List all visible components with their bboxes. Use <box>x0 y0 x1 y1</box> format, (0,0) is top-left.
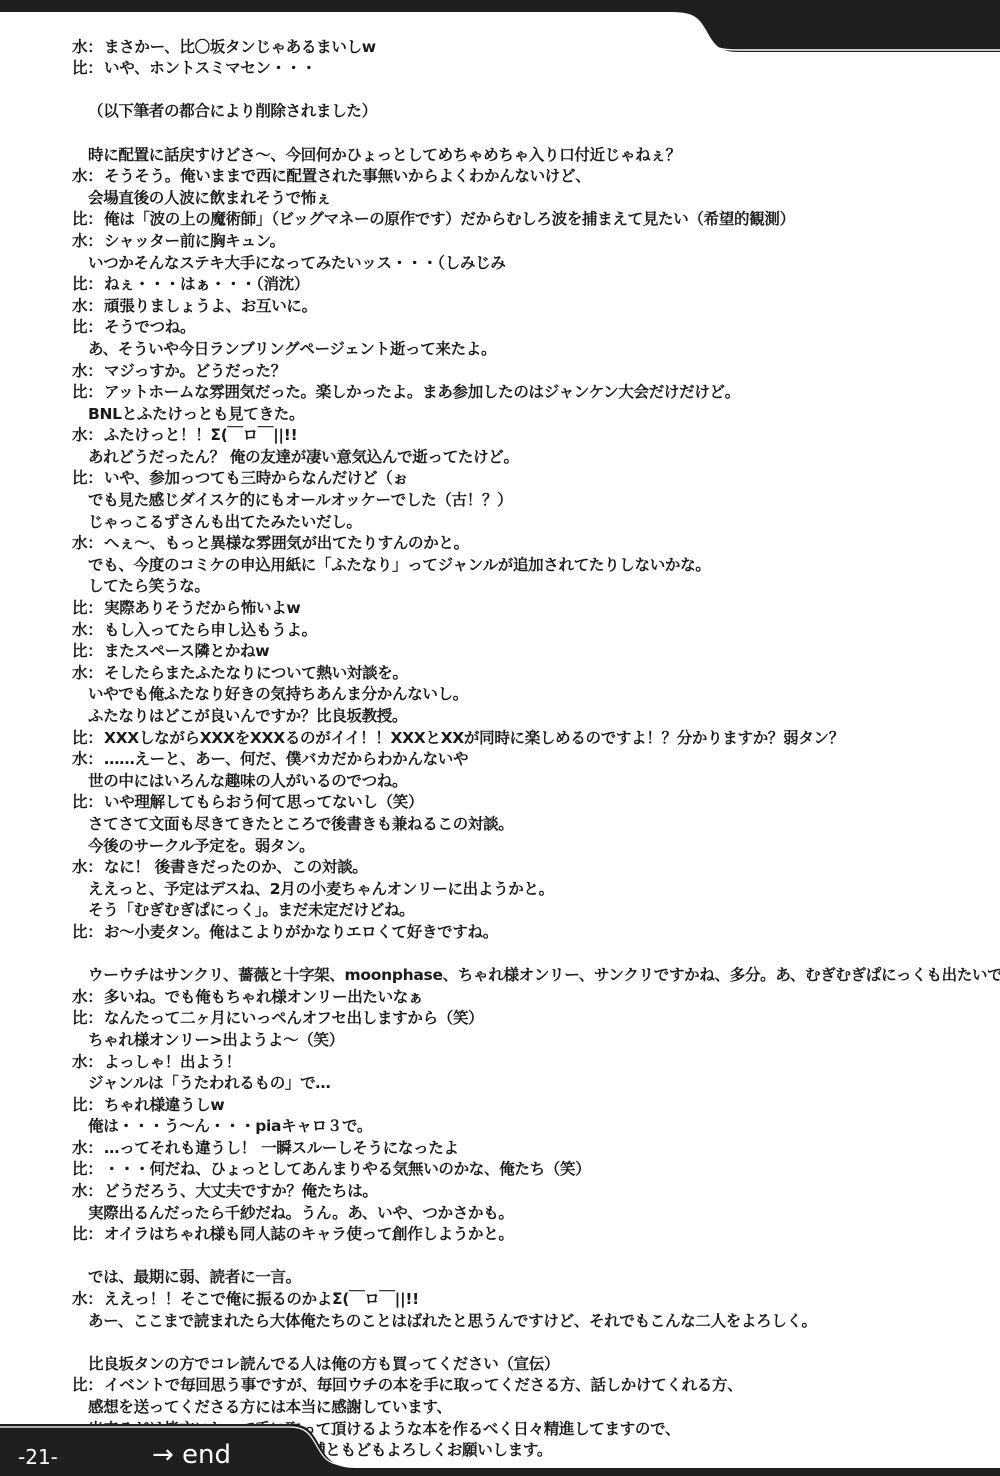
dialogue-text: あ、そういや今日ランブリングページェント逝って来たよ。 <box>88 340 496 358</box>
dialogue-text: でも、今度のコミケの申込用紙に「ふたなり」ってジャンルが追加されてたりしないかな… <box>88 556 711 574</box>
dialogue-text: あれどうだったん？ 俺の友達が凄い意気込んで逝ってたけど。 <box>88 448 519 466</box>
dialogue-text: いや理解してもらおう何て思ってないし（笑） <box>104 793 423 811</box>
speaker-label: 水： <box>72 1052 104 1074</box>
speaker-label: 比： <box>72 1224 104 1246</box>
dialogue-line: ウーウチはサンクリ、薔薇と十字架、moonphase、ちゃれ様オンリー、サンクリ… <box>72 965 992 987</box>
dialogue-line: でも、今度のコミケの申込用紙に「ふたなり」ってジャンルが追加されてたりしないかな… <box>72 555 992 577</box>
dialogue-text: 会場直後の人波に飲まれそうで怖ぇ <box>88 189 331 207</box>
dialogue-text: さてさて文面も尽きてきたところで後書きも兼ねるこの対談。 <box>88 815 513 833</box>
speaker-label: 比： <box>72 317 104 339</box>
dialogue-text: そうでつね。 <box>104 318 195 336</box>
speaker-label: 水： <box>72 231 104 253</box>
dialogue-line: ちゃれ様オンリー>出ようよ～（笑） <box>72 1030 992 1052</box>
dialogue-line: 会場直後の人波に飲まれそうで怖ぇ <box>72 188 992 210</box>
dialogue-line: 水：……えーと、あー、何だ、僕バカだからわかんないや <box>72 749 992 771</box>
dialogue-text: …ってそれも違うし！ 一瞬スルーしそうになったよ <box>104 1139 459 1157</box>
dialogue-line <box>72 80 992 102</box>
dialogue-text: ふたけっと！！Σ(￣ロ￣||!! <box>104 426 297 444</box>
dialogue-text: オイラはちゃれ様も同人誌のキャラ使って創作しようかと。 <box>104 1225 514 1243</box>
dialogue-text: もし入ってたら申し込もうよ。 <box>104 621 317 639</box>
speaker-label: 比： <box>72 58 104 80</box>
dialogue-line: 水：もし入ってたら申し込もうよ。 <box>72 620 992 642</box>
dialogue-line: でも見た感じダイスケ的にもオールオッケーでした（古！？） <box>72 490 992 512</box>
dialogue-line: 比：いや、参加っつても三時からなんだけど（ぉ <box>72 468 992 490</box>
dialogue-text: 俺は「波の上の魔術師」（ビッグマネーの原作です）だからむしろ波を捕まえて見たい（… <box>104 210 795 228</box>
speaker-label: 比： <box>72 382 104 404</box>
dialogue-line: 水：よっしゃ！出よう！ <box>72 1052 992 1074</box>
dialogue-line: 水：そしたらまたふたなりについて熱い対談を。 <box>72 663 992 685</box>
speaker-label: 水： <box>72 361 104 383</box>
dialogue-line: 比：お～小麦タン。俺はこよりがかなりエロくて好きですね。 <box>72 922 992 944</box>
dialogue-line: 比：いや理解してもらおう何て思ってないし（笑） <box>72 792 992 814</box>
dialogue-line: あれどうだったん？ 俺の友達が凄い意気込んで逝ってたけど。 <box>72 447 992 469</box>
speaker-label: 比： <box>72 1008 104 1030</box>
dialogue-line: 実際出るんだったら千紗だね。うん。あ、いや、つかさかも。 <box>72 1203 992 1225</box>
dialogue-line: 時に配置に話戻すけどさ～、今回何かひょっとしてめちゃめちゃ入り口付近じゃねぇ？ <box>72 145 992 167</box>
dialogue-line: いつかそんなステキ大手になってみたいッス・・・（しみじみ <box>72 253 992 275</box>
dialogue-line: 比：ねぇ・・・はぁ・・・（消沈） <box>72 274 992 296</box>
dialogue-text: またスペース隣とかねw <box>104 642 269 660</box>
dialogue-line: 比：アットホームな雰囲気だった。楽しかったよ。まあ参加したのはジャンケン大会だけ… <box>72 382 992 404</box>
speaker-label: 水： <box>72 296 104 318</box>
dialogue-line: ええっと、予定はデスね、2月の小麦ちゃんオンリーに出ようかと。 <box>72 879 992 901</box>
footer-decoration <box>0 1420 1000 1476</box>
dialogue-line: 水：まさかー、比〇坂タンじゃあるまいしw <box>72 37 992 59</box>
dialogue-line: いやでも俺ふたなり好きの気持ちあんま分かんないし。 <box>72 684 992 706</box>
dialogue-text: （以下筆者の都合により削除されました） <box>88 102 377 120</box>
dialogue-line: してたら笑うな。 <box>72 576 992 598</box>
dialogue-text: BNLとふたけっとも見てきた。 <box>88 405 304 423</box>
speaker-label: 比： <box>72 468 104 490</box>
dialogue-line: 比：イベントで毎回思う事ですが、毎回ウチの本を手に取ってくださる方、話しかけてく… <box>72 1375 992 1397</box>
dialogue-text: いやでも俺ふたなり好きの気持ちあんま分かんないし。 <box>88 685 468 703</box>
dialogue-line: 水：なに！ 後書きだったのか、この対談。 <box>72 857 992 879</box>
dialogue-line: 水：多いね。でも俺もちゃれ様オンリー出たいなぁ <box>72 987 992 1009</box>
dialogue-line <box>72 1332 992 1354</box>
dialogue-line <box>72 1246 992 1268</box>
dialogue-line: 俺は・・・う～ん・・・piaキャロ３で。 <box>72 1116 992 1138</box>
dialogue-text: ちゃれ様オンリー>出ようよ～（笑） <box>88 1031 344 1049</box>
dialogue-text: マジっすか。どうだった？ <box>104 362 286 380</box>
speaker-label: 比： <box>72 1095 104 1117</box>
dialogue-line: 比良坂タンの方でコレ読んでる人は俺の方も買ってください（宣伝） <box>72 1354 992 1376</box>
dialogue-text: なんたって二ヶ月にいっぺんオフセ出しますから（笑） <box>104 1009 483 1027</box>
speaker-label: 比： <box>72 922 104 944</box>
dialogue-line: 水：マジっすか。どうだった？ <box>72 361 992 383</box>
dialogue-line: 水：…ってそれも違うし！ 一瞬スルーしそうになったよ <box>72 1138 992 1160</box>
dialogue-line: 世の中にはいろんな趣味の人がいるのでつね。 <box>72 771 992 793</box>
dialogue-line: （以下筆者の都合により削除されました） <box>72 101 992 123</box>
dialogue-text: 感想を送ってくださる方には本当に感謝しています、 <box>88 1398 452 1416</box>
dialogue-text: よっしゃ！出よう！ <box>104 1053 241 1071</box>
speaker-label: 比： <box>72 1159 104 1181</box>
dialogue-line: 水：シャッター前に胸キュン。 <box>72 231 992 253</box>
dialogue-line: 比：実際ありそうだから怖いよw <box>72 598 992 620</box>
dialogue-text: 俺は・・・う～ん・・・piaキャロ３で。 <box>88 1117 372 1135</box>
speaker-label: 比： <box>72 274 104 296</box>
end-label: → end <box>152 1440 231 1470</box>
dialogue-text: へぇ～、もっと異様な雰囲気が出てたりすんのかと。 <box>104 534 469 552</box>
dialogue-line: 比：そうでつね。 <box>72 317 992 339</box>
dialogue-text: じゃっこるずさんも出てたみたいだし。 <box>88 513 362 531</box>
speaker-label: 水： <box>72 857 104 879</box>
dialogue-text: 世の中にはいろんな趣味の人がいるのでつね。 <box>88 772 407 790</box>
dialogue-line: あー、ここまで読まれたら大体俺たちのことはばれたと思うんですけど、それでもこんな… <box>72 1311 992 1333</box>
dialogue-line: 比：なんたって二ヶ月にいっぺんオフセ出しますから（笑） <box>72 1008 992 1030</box>
dialogue-text: いつかそんなステキ大手になってみたいッス・・・（しみじみ <box>88 254 506 272</box>
dialogue-text: そうそう。俺いままで西に配置された事無いからよくわかんないけど、 <box>104 167 590 185</box>
dialogue-line: そう「むぎむぎぱにっく」。まだ未定だけどね。 <box>72 900 992 922</box>
dialogue-text: してたら笑うな。 <box>88 577 210 595</box>
dialogue-line: 比：俺は「波の上の魔術師」（ビッグマネーの原作です）だからむしろ波を捕まえて見た… <box>72 209 992 231</box>
dialogue-text: あー、ここまで読まれたら大体俺たちのことはばれたと思うんですけど、それでもこんな… <box>88 1312 817 1330</box>
speaker-label: 水： <box>72 166 104 188</box>
dialogue-line: ふたなりはどこが良いんですか？比良坂教授。 <box>72 706 992 728</box>
speaker-label: 比： <box>72 792 104 814</box>
dialogue-line: 水：そうそう。俺いままで西に配置された事無いからよくわかんないけど、 <box>72 166 992 188</box>
speaker-label: 水： <box>72 1181 104 1203</box>
dialogue-text: ジャンルは「うたわれるもの」で… <box>88 1074 331 1092</box>
dialogue-line <box>72 123 992 145</box>
page-number: -21- <box>18 1445 58 1469</box>
speaker-label: 比： <box>72 1375 104 1397</box>
dialogue-line <box>72 944 992 966</box>
dialogue-text: でも見た感じダイスケ的にもオールオッケーでした（古！？） <box>88 491 512 509</box>
dialogue-line: さてさて文面も尽きてきたところで後書きも兼ねるこの対談。 <box>72 814 992 836</box>
dialogue-text: 実際出るんだったら千紗だね。うん。あ、いや、つかさかも。 <box>88 1204 514 1222</box>
dialogue-text: イベントで毎回思う事ですが、毎回ウチの本を手に取ってくださる方、話しかけてくれる… <box>104 1376 742 1394</box>
dialogue-line: 水：どうだろう、大丈夫ですか？俺たちは。 <box>72 1181 992 1203</box>
speaker-label: 水： <box>72 1138 104 1160</box>
dialogue-text: ええっと、予定はデスね、2月の小麦ちゃんオンリーに出ようかと。 <box>88 880 554 898</box>
speaker-label: 水： <box>72 620 104 642</box>
dialogue-text: ・・・何だね、ひょっとしてあんまりやる気無いのかな、俺たち（笑） <box>104 1160 590 1178</box>
dialogue-line: では、最期に弱、読者に一言。 <box>72 1267 992 1289</box>
dialogue-text: ねぇ・・・はぁ・・・（消沈） <box>104 275 309 293</box>
dialogue-line: 比：ちゃれ様違うしw <box>72 1095 992 1117</box>
dialogue-line: 水：ふたけっと！！Σ(￣ロ￣||!! <box>72 425 992 447</box>
speaker-label: 水： <box>72 1289 104 1311</box>
speaker-label: 水： <box>72 749 104 771</box>
dialogue-text: ふたなりはどこが良いんですか？比良坂教授。 <box>88 707 407 725</box>
dialogue-text: ……えーと、あー、何だ、僕バカだからわかんないや <box>104 750 468 768</box>
dialogue-text: シャッター前に胸キュン。 <box>104 232 285 250</box>
speaker-label: 水： <box>72 425 104 447</box>
dialogue-text: お～小麦タン。俺はこよりがかなりエロくて好きですね。 <box>104 923 498 941</box>
dialogue-line: 感想を送ってくださる方には本当に感謝しています、 <box>72 1397 992 1419</box>
speaker-label: 比： <box>72 728 104 750</box>
speaker-label: 水： <box>72 663 104 685</box>
dialogue-line: 比：オイラはちゃれ様も同人誌のキャラ使って創作しようかと。 <box>72 1224 992 1246</box>
speaker-label: 水： <box>72 533 104 555</box>
dialogue-text: アットホームな雰囲気だった。楽しかったよ。まあ参加したのはジャンケン大会だけだけ… <box>104 383 740 401</box>
dialogue-text: ちゃれ様違うしw <box>104 1096 224 1114</box>
dialogue-text: いや、ホントスミマセン・・・ <box>104 59 316 77</box>
speaker-label: 比： <box>72 641 104 663</box>
dialogue-text: 今後のサークル予定を。弱タン。 <box>88 837 314 855</box>
dialogue-text: そう「むぎむぎぱにっく」。まだ未定だけどね。 <box>88 901 414 919</box>
speaker-label: 比： <box>72 598 104 620</box>
interview-transcript: 水：まさかー、比〇坂タンじゃあるまいしw比：いや、ホントスミマセン・・・（以下筆… <box>72 15 992 1462</box>
dialogue-text: なに！ 後書きだったのか、この対談。 <box>104 858 368 876</box>
dialogue-text: では、最期に弱、読者に一言。 <box>88 1268 301 1286</box>
dialogue-line <box>72 15 992 37</box>
dialogue-line: 今後のサークル予定を。弱タン。 <box>72 836 992 858</box>
dialogue-text: どうだろう、大丈夫ですか？俺たちは。 <box>104 1182 378 1200</box>
dialogue-text: ええっ！！そこで俺に振るのかよΣ(￣ロ￣||!! <box>104 1290 419 1308</box>
dialogue-line: BNLとふたけっとも見てきた。 <box>72 404 992 426</box>
dialogue-line: 水：へぇ～、もっと異様な雰囲気が出てたりすんのかと。 <box>72 533 992 555</box>
dialogue-text: 比良坂タンの方でコレ読んでる人は俺の方も買ってください（宣伝） <box>88 1355 559 1373</box>
dialogue-text: 頑張りましょうよ、お互いに。 <box>104 297 317 315</box>
dialogue-text: まさかー、比〇坂タンじゃあるまいしw <box>104 38 376 56</box>
dialogue-line: 比：いや、ホントスミマセン・・・ <box>72 58 992 80</box>
dialogue-line: 水：ええっ！！そこで俺に振るのかよΣ(￣ロ￣||!! <box>72 1289 992 1311</box>
dialogue-text: 時に配置に話戻すけどさ～、今回何かひょっとしてめちゃめちゃ入り口付近じゃねぇ？ <box>88 146 681 164</box>
dialogue-text: 実際ありそうだから怖いよw <box>104 599 300 617</box>
dialogue-line: 比：またスペース隣とかねw <box>72 641 992 663</box>
dialogue-line: 比：XXXしながらXXXをXXXるのがイイ！！XXXとXXが同時に楽しめるのです… <box>72 728 992 750</box>
dialogue-text: ウーウチはサンクリ、薔薇と十字架、moonphase、ちゃれ様オンリー、サンクリ… <box>88 966 1000 984</box>
dialogue-text: 多いね。でも俺もちゃれ様オンリー出たいなぁ <box>104 988 423 1006</box>
dialogue-text: XXXしながらXXXをXXXるのがイイ！！XXXとXXが同時に楽しめるのですよ！… <box>104 729 844 747</box>
dialogue-text: そしたらまたふたなりについて熱い対談を。 <box>104 664 408 682</box>
dialogue-line: あ、そういや今日ランブリングページェント逝って来たよ。 <box>72 339 992 361</box>
dialogue-line: 水：頑張りましょうよ、お互いに。 <box>72 296 992 318</box>
speaker-label: 水： <box>72 987 104 1009</box>
dialogue-line: 比：・・・何だね、ひょっとしてあんまりやる気無いのかな、俺たち（笑） <box>72 1159 992 1181</box>
dialogue-line: ジャンルは「うたわれるもの」で… <box>72 1073 992 1095</box>
dialogue-text: いや、参加っつても三時からなんだけど（ぉ <box>104 469 408 487</box>
speaker-label: 水： <box>72 37 104 59</box>
dialogue-line: じゃっこるずさんも出てたみたいだし。 <box>72 512 992 534</box>
speaker-label: 比： <box>72 209 104 231</box>
